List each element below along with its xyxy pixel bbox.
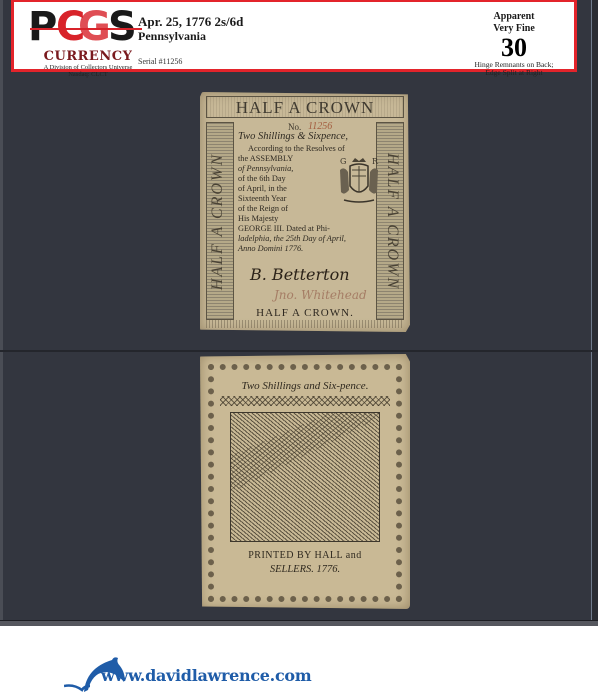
- signature-2: Jno. Whitehead: [274, 288, 367, 302]
- svg-text:S: S: [108, 6, 134, 46]
- pillar-left-text: HALF A CROWN: [209, 153, 231, 290]
- front-denomination: Two Shillings & Sixpence,: [238, 132, 348, 142]
- front-line: His Majesty: [238, 214, 278, 224]
- note-state: Pennsylvania: [138, 29, 206, 43]
- back-nature-print: [230, 412, 380, 542]
- pcgs-currency-wordmark: CURRENCY: [32, 50, 144, 63]
- front-line: Anno Domini 1776.: [238, 244, 303, 254]
- front-line: According to the Resolves of: [248, 144, 345, 154]
- front-line: the ASSEMBLY: [238, 154, 293, 164]
- signature-1: B. Betterton: [250, 265, 350, 284]
- holder-edge-left: [0, 0, 3, 626]
- pcgs-logo-icon: P C G S: [28, 6, 146, 46]
- front-line: of April, in the: [238, 184, 287, 194]
- grade-comment-2: Edge Split at Right: [454, 69, 574, 77]
- front-line: ladelphia, the 25th Day of April,: [238, 234, 346, 244]
- front-footer: HALF A CROWN.: [238, 307, 372, 319]
- svg-text:G: G: [340, 157, 346, 166]
- grade-comments: Hinge Remnants on Back; Edge Split at Ri…: [454, 61, 574, 77]
- front-pillar-right: HALF A CROWN: [376, 122, 404, 320]
- dealer-website-link[interactable]: www.davidlawrence.com: [101, 666, 311, 685]
- grading-label: P C G S CURRENCY A Division of Collector…: [11, 0, 577, 72]
- banknote-back: Two Shillings and Six-pence. PRINTED BY …: [200, 354, 410, 609]
- front-line: of Pennsylvania,: [238, 164, 293, 174]
- slab-holder: P C G S CURRENCY A Division of Collector…: [0, 0, 598, 626]
- front-line: of the 6th Day: [238, 174, 286, 184]
- note-date-denomination: Apr. 25, 1776 2s/6d: [138, 14, 243, 29]
- holder-divider: [0, 350, 598, 352]
- svg-text:P: P: [28, 6, 56, 46]
- pillar-right-text: HALF A CROWN: [379, 153, 401, 290]
- front-bottom-border: [206, 320, 404, 328]
- front-body: No. 11256 Two Shillings & Sixpence, Acco…: [238, 122, 372, 320]
- back-printer-line: PRINTED BY HALL and: [220, 550, 390, 561]
- back-header: Two Shillings and Six-pence.: [220, 380, 390, 392]
- front-line: GEORGE III. Dated at Phi-: [238, 224, 330, 234]
- grade-qualifier-1: Apparent: [454, 11, 574, 23]
- royal-crest-icon: G R: [338, 156, 380, 208]
- front-title: HALF A CROWN: [206, 96, 404, 118]
- front-pillar-left: HALF A CROWN: [206, 122, 234, 320]
- front-line: of the Reign of: [238, 204, 288, 214]
- back-cross-band: [220, 396, 390, 406]
- svg-text:G: G: [78, 6, 108, 46]
- note-serial: Serial #11256: [138, 57, 182, 66]
- pcgs-ticker-text: Nasdaq: CLCT: [24, 71, 152, 78]
- grade-qualifier: Apparent Very Fine: [454, 11, 574, 35]
- grade-number: 30: [454, 35, 574, 61]
- back-sellers-line: SELLERS. 1776.: [220, 564, 390, 575]
- pcgs-division-text: A Division of Collectors Universe: [24, 64, 152, 71]
- holder-edge-right: [591, 0, 598, 626]
- svg-text:R: R: [372, 157, 379, 166]
- front-line: Sixteenth Year: [238, 194, 286, 204]
- banknote-front: HALF A CROWN HALF A CROWN HALF A CROWN N…: [200, 92, 410, 332]
